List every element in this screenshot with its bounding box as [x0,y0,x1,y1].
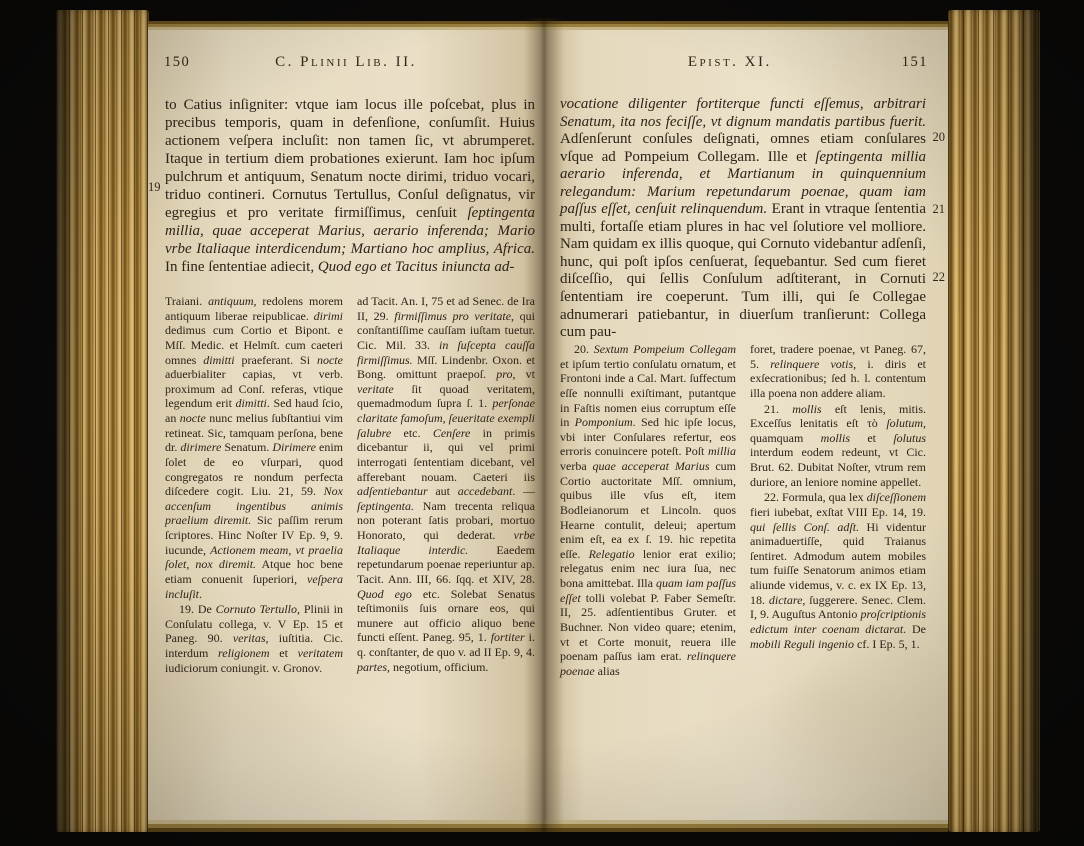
italic-text-run: Cornuto Tertullo [216,602,297,616]
italic-text-run: dimitti [236,396,267,410]
italic-text-run: dirimi [314,309,343,323]
italic-text-run: relinquere votis [770,357,853,371]
text-run: 21. [764,402,792,416]
text-run: In fine ſententiae adiecit, [165,259,318,275]
italic-text-run: partes [357,660,387,674]
right-main-text: vocatione diligenter fortiterque functi … [560,96,926,342]
left-footnote-column-1: Traiani. antiquum, redolens morem antiqu… [165,294,343,675]
italic-text-run: Quod ego et Tacitus iniuncta ad- [318,259,515,275]
italic-text-run: ſeptingenta. [357,499,414,513]
paragraph: vocatione diligenter fortiterque functi … [560,96,926,342]
text-run: Senatum. [221,440,272,454]
paragraph: 22. Formula, qua lex diſceſſionem fieri … [750,490,926,651]
text-run: , vt [512,367,535,381]
left-footnotes: Traiani. antiquum, redolens morem antiqu… [165,294,535,675]
text-run: . [199,587,202,601]
italic-text-run: millia [708,444,736,458]
italic-text-run: Cenſere [433,426,471,440]
paragraph: 20. Sextum Pompeium Collegam et ipſum te… [560,342,736,678]
book-fore-edge-right [948,10,1040,832]
italic-text-run: nocte [180,411,206,425]
text-run: cf. I Ep. 5, 1. [854,637,920,651]
text-run: iudiciorum coniungit. v. Gronov. [165,661,322,675]
right-page-number: 151 [902,54,928,71]
italic-text-run: mollis [792,402,821,416]
text-run: 19. De [179,602,216,616]
italic-text-run: nocte [317,353,343,367]
italic-text-run: dimitti [203,353,234,367]
italic-text-run: accedebant [458,484,513,498]
margin-section-number-22: 22 [933,270,946,285]
paragraph: 21. mollis eſt lenis, mitis. Exceſſus le… [750,402,926,490]
text-run: Traiani. [165,294,208,308]
text-run: , negotium, officium. [387,660,488,674]
paragraph: Traiani. antiquum, redolens morem antiqu… [165,294,343,601]
left-page-number: 150 [164,54,190,71]
text-run: praeferant. Si [235,353,317,367]
book-fore-edge-left [56,10,149,832]
paragraph: 19. De Cornuto Tertullo, Plinii in Conſu… [165,602,343,675]
margin-section-number-19: 19 [148,180,161,195]
italic-text-run: qui ſellis Conſ. adſt. [750,520,859,534]
text-run: De [906,622,926,636]
right-page-header: Epist. XI. 151 [544,54,948,74]
italic-text-run: mobili Reguli ingenio [750,637,854,651]
text-run: fieri iubebat, exſtat VIII Ep. 14, 19. [750,505,926,519]
italic-text-run: ſolutum [886,416,923,430]
text-run: verba [560,459,593,473]
italic-text-run: diſceſſionem [867,490,926,504]
italic-text-run: fortiter [491,630,525,644]
italic-text-run: dictare [769,593,803,607]
right-footnote-column-1: 20. Sextum Pompeium Collegam et ipſum te… [560,342,736,678]
italic-text-run: dirimere [180,440,221,454]
text-run: aut [428,484,458,498]
italic-text-run: adſentiebantur [357,484,428,498]
left-footnote-column-2: ad Tacit. An. I, 75 et ad Senec. de Ira … [357,294,535,675]
margin-section-number-21: 21 [933,202,946,217]
text-run: 22. Formula, qua lex [764,490,867,504]
italic-text-run: Sextum Pompeium Collegam [594,342,736,356]
italic-text-run: quae acceperat Marius [593,459,710,473]
text-run: . — [512,484,535,498]
text-run: etc. [391,426,433,440]
left-running-title: C. Plinii Lib. II. [275,54,417,71]
text-run: interdum eodem redeunt, vt Cic. Brut. 62… [750,445,926,488]
text-run: cum Cortio auctoritate Mſſ. omnium, quib… [560,459,736,561]
text-run: to Catius inſigniter: vtque iam locus il… [165,97,535,221]
paragraph: foret, tradere poenae, vt Paneg. 67, 5. … [750,342,926,401]
right-page: Epist. XI. 151 20 21 22 vocatione dilige… [544,30,948,820]
left-page: 150 C. Plinii Lib. II. 19 to Catius inſi… [148,30,544,820]
right-footnotes: 20. Sextum Pompeium Collegam et ipſum te… [560,342,926,678]
right-running-title: Epist. XI. [688,54,772,71]
photo-scene: 150 C. Plinii Lib. II. 19 to Catius inſi… [0,0,1084,846]
italic-text-run: Relegatio [589,547,635,561]
text-run: 20. [574,342,594,356]
paragraph: to Catius inſigniter: vtque iam locus il… [165,96,535,276]
italic-text-run: religionem [218,646,270,660]
italic-text-run: Dirimere [272,440,316,454]
italic-text-run: veritas [233,631,266,645]
italic-text-run: veritatem [298,646,343,660]
margin-section-number-20: 20 [933,130,946,145]
italic-text-run: antiquum [208,294,253,308]
left-page-header: 150 C. Plinii Lib. II. [148,54,544,74]
text-run: et [270,646,298,660]
italic-text-run: mollis [821,431,850,445]
italic-text-run: pro [496,367,512,381]
italic-text-run: firmiſſimus pro veritate [394,309,511,323]
paragraph: ad Tacit. An. I, 75 et ad Senec. de Ira … [357,294,535,674]
right-footnote-column-2: foret, tradere poenae, vt Paneg. 67, 5. … [750,342,926,678]
italic-text-run: Pomponium [575,415,633,429]
italic-text-run: vocatione diligenter fortiterque functi … [560,96,926,130]
text-run: alias [595,664,620,678]
italic-text-run: Quod ego [357,587,412,601]
text-run: Erant in vtraque ſententia multi, fortaſ… [560,201,926,340]
left-main-text: to Catius inſigniter: vtque iam locus il… [165,96,535,276]
text-run: et [850,431,893,445]
italic-text-run: ſolutus [893,431,926,445]
italic-text-run: veritate [357,382,394,396]
